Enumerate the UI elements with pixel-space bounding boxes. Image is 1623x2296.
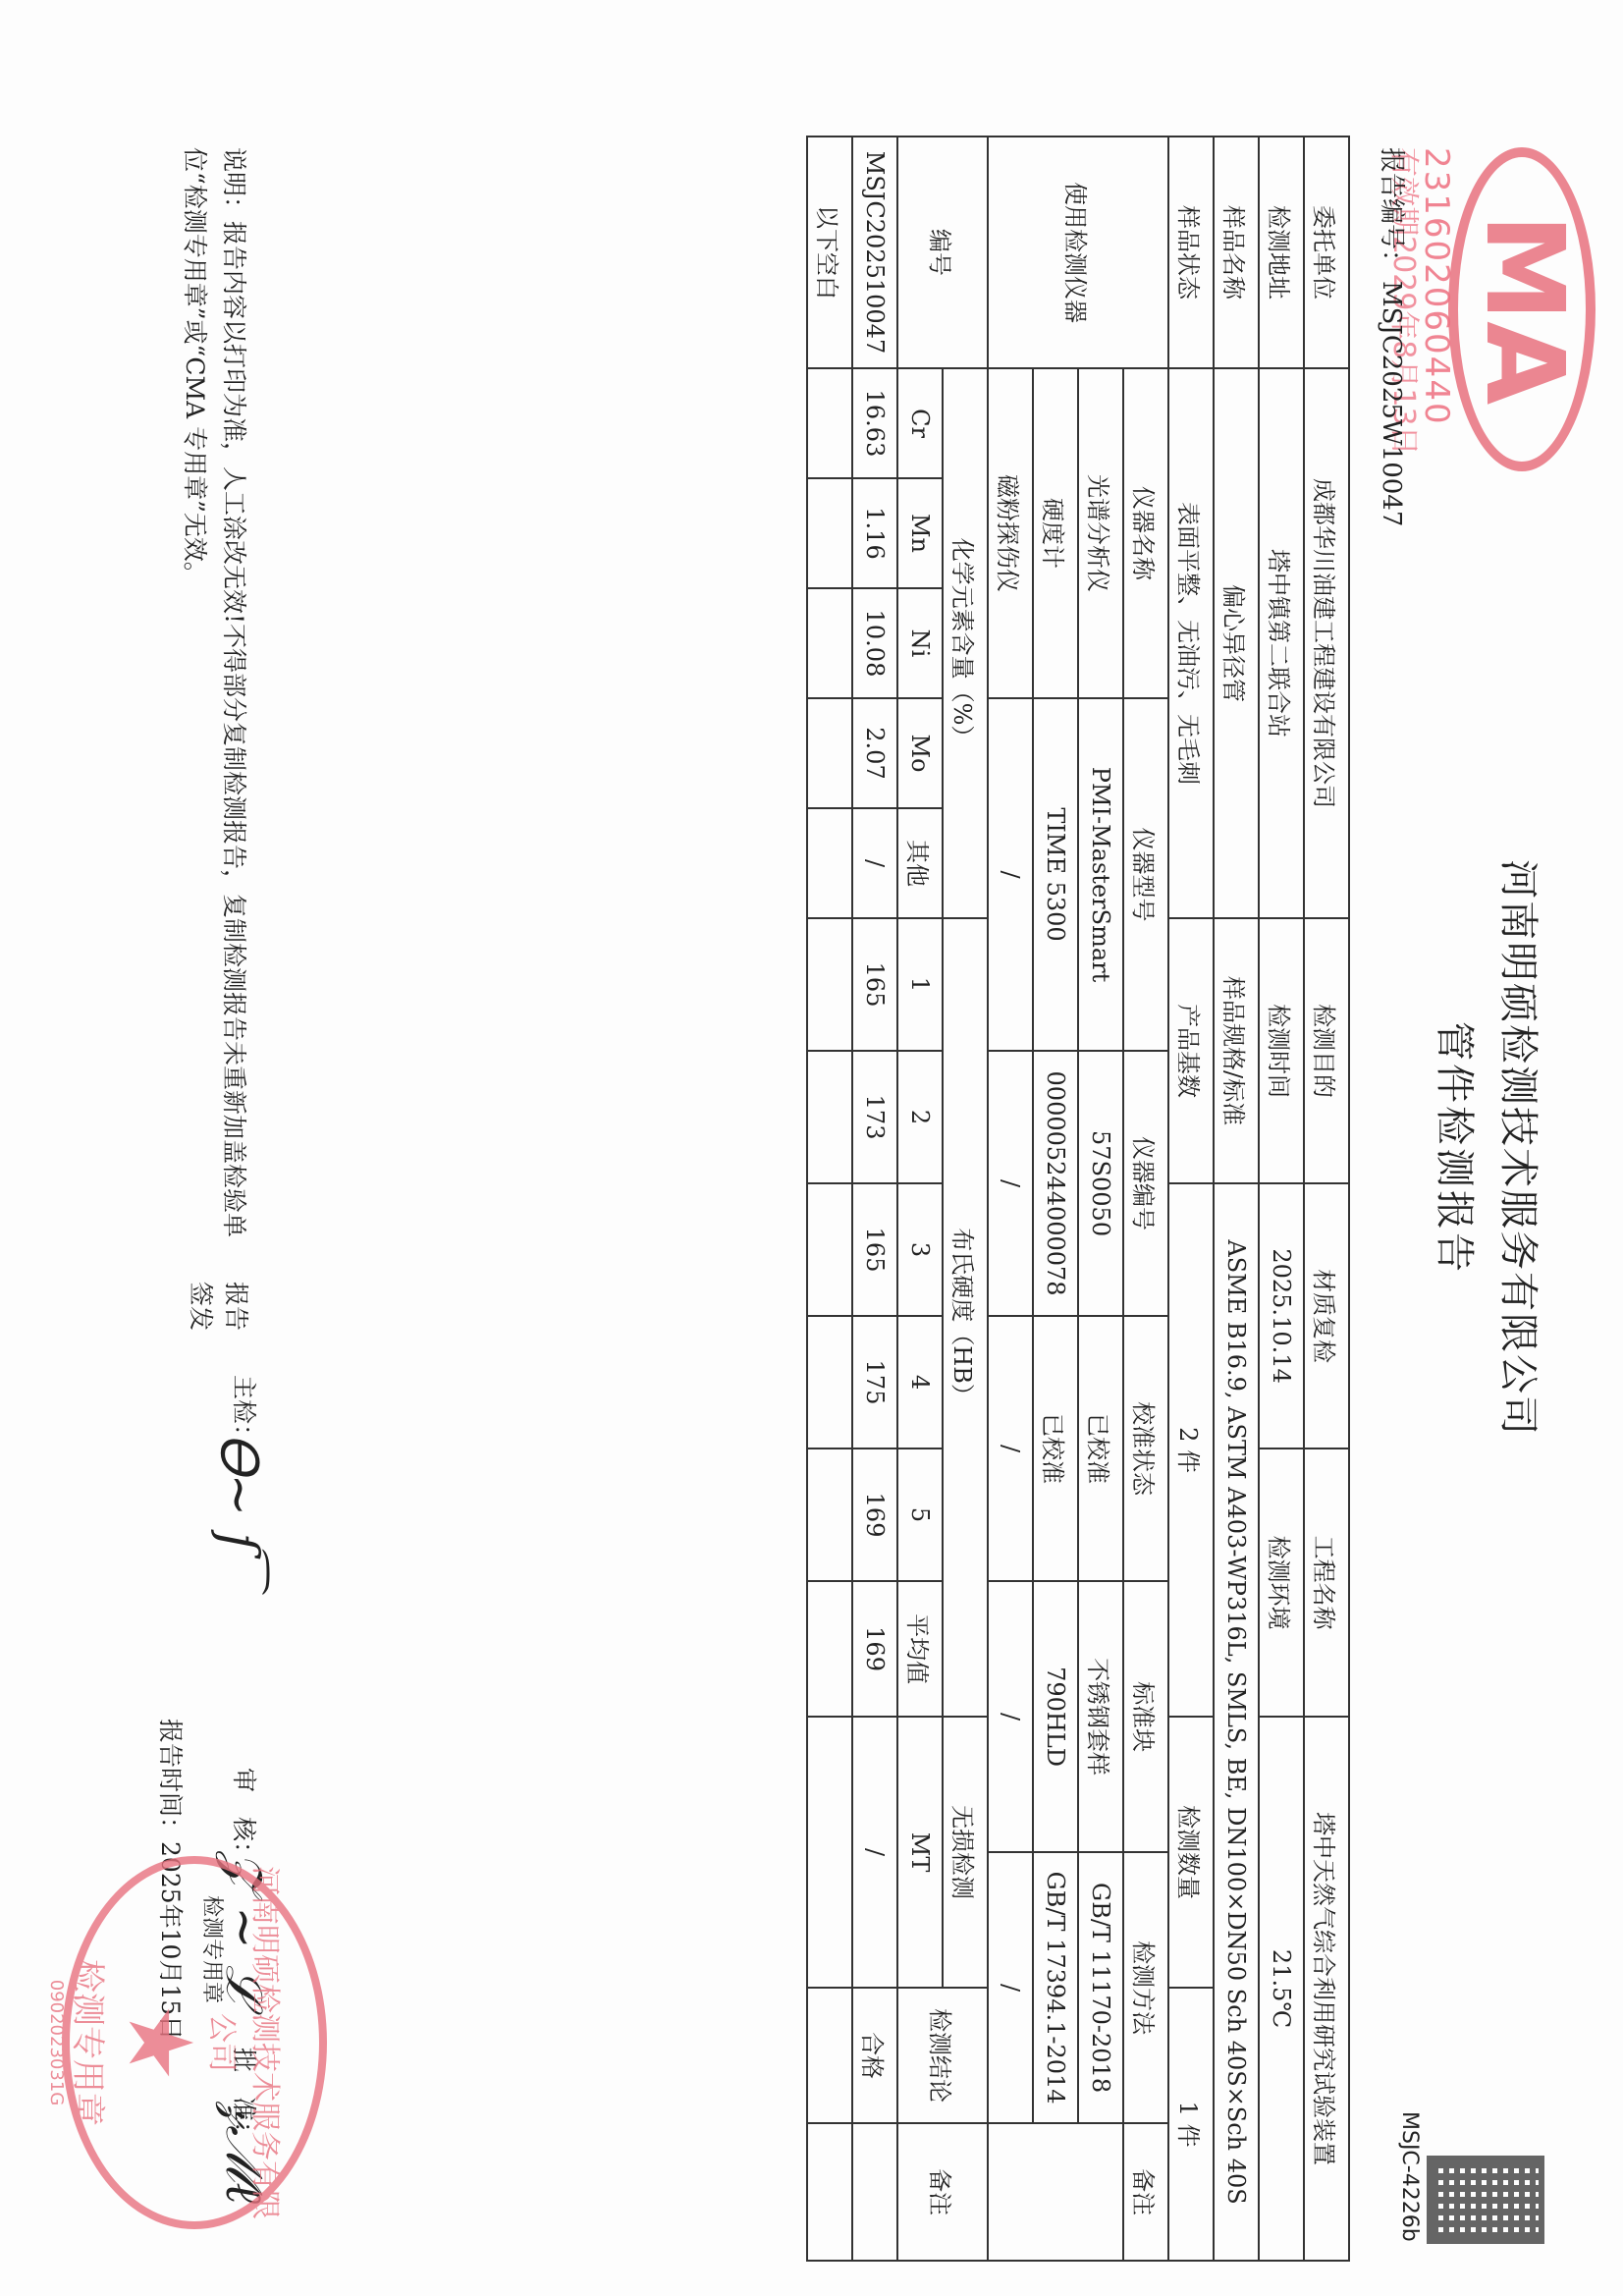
table-row: 检测地址 塔中镇第二联合站 检测时间 2025.10.14 检测环境 21.5℃ [1259,137,1304,2261]
instr-header: 仪器名称 [1123,368,1168,698]
chem-value: 1.16 [852,478,897,588]
chem-value: 2.07 [852,698,897,808]
empty-cell [807,368,852,478]
table-row: 使用检测仪器 仪器名称 仪器型号 仪器编号 校准状态 标准块 检测方法 备注 [1123,137,1168,2261]
instr-cell: 已校准 [1033,1316,1078,1581]
spec-label: 样品规格/标准 [1214,918,1259,1183]
state-value: 表面平整、无油污、无毛刺 [1168,368,1214,918]
site-label: 检测地址 [1259,137,1304,368]
blank-row: 以下空白 [807,137,852,2261]
instrument-row: 硬度计 TIME 5300 000005244000078 已校准 790HLD… [1033,137,1078,2261]
instr-cell: GB/T 11170-2018 [1078,1852,1123,2123]
empty-cell [807,588,852,698]
form-code: MSJC-4226b [1397,2111,1422,2242]
project-label: 工程名称 [1304,1449,1349,1717]
client-label: 委托单位 [1304,137,1349,368]
project-value: 塔中天然气综合利用研究试验装置 [1304,1717,1349,2261]
report-number-label: 报告编号： [1377,147,1406,275]
seal-code: 0902023031G [46,1864,67,2221]
empty-cell [807,1449,852,1581]
result-row: MSJC202510047 16.63 1.16 10.08 2.07 / 16… [852,137,897,2261]
table-row: 委托单位 成都华川油建工程建设有限公司 检测目的 材质复检 工程名称 塔中天然气… [1304,137,1349,2261]
signoff-label: 报告签发 [183,1282,253,1340]
instr-cell: 000005244000078 [1033,1051,1078,1316]
company-seal: 河南明硕检测技术服务有限公司 ★ 检测专用章 0902023031G [62,1856,327,2229]
id-header: 编号 [897,137,988,368]
instr-header: 备注 [1123,2123,1168,2261]
hb-sub: 5 [897,1449,943,1581]
hb-sub: 4 [897,1316,943,1449]
chem-sub: Ni [897,588,943,698]
instr-cell: / [988,1852,1033,2123]
chem-sub: Cr [897,368,943,478]
conclusion-value: 合格 [852,1988,897,2123]
chem-value: 10.08 [852,588,897,698]
instr-header: 校准状态 [1123,1316,1168,1581]
instr-cell: PMI-MasterSmart [1078,698,1123,1051]
page-title: 管件检测报告 [1430,0,1486,2296]
hb-header: 布氏硬度（HB） [943,918,988,1717]
empty-cell [807,1717,852,1988]
instr-cell: 57S0050 [1078,1051,1123,1316]
results-header-row: 编号 化学元素含量（%） 布氏硬度（HB） 无损检测 检测结论 备注 [943,137,988,2261]
empty-cell [807,1183,852,1316]
qr-code-icon [1427,2156,1544,2244]
instr-cell: / [988,1316,1033,1581]
hb-value: 169 [852,1449,897,1581]
instr-cell: / [988,698,1033,1051]
hb-sub: 2 [897,1051,943,1183]
instr-cell: 光谱分析仪 [1078,368,1123,698]
hb-value: 173 [852,1051,897,1183]
qty-value: 1 件 [1168,1988,1214,2261]
hb-sub: 3 [897,1183,943,1316]
sample-value: 偏心异径管 [1214,368,1259,918]
table-row: 样品名称 偏心异径管 样品规格/标准 ASME B16.9, ASTM A403… [1214,137,1259,2261]
report-time-label: 报告时间： [156,1719,185,1841]
chem-sub: Mo [897,698,943,808]
sample-label: 样品名称 [1214,137,1259,368]
instr-cell: / [988,1051,1033,1316]
remark-header: 备注 [897,2123,988,2261]
notes: 说明：报告内容以打印为准，人工涂改无效!不得部分复制检测报告，复制检测报告未重新… [175,147,253,1277]
conclusion-header: 检测结论 [897,1988,988,2123]
chem-sub: 其他 [897,808,943,918]
qty-label: 检测数量 [1168,1717,1214,1988]
instr-header: 标准块 [1123,1581,1168,1852]
client-value: 成都华川油建工程建设有限公司 [1304,368,1349,918]
ndt-value: / [852,1717,897,1988]
purpose-label: 检测目的 [1304,918,1349,1183]
empty-cell [807,478,852,588]
blank-note: 以下空白 [807,137,852,368]
empty-cell [807,918,852,1051]
instr-header: 仪器型号 [1123,698,1168,1051]
hb-sub: 1 [897,918,943,1051]
hb-sub: 平均值 [897,1581,943,1717]
env-label: 检测环境 [1259,1449,1304,1717]
inspector-signature: Ꮎ~ ſ ͡ [208,1434,268,1567]
instr-cell: 硬度计 [1033,368,1078,698]
empty-cell [807,1988,852,2123]
instr-cell: / [988,1581,1033,1852]
date-value: 2025.10.14 [1259,1183,1304,1449]
chem-header: 化学元素含量（%） [943,368,988,918]
instr-remark [988,2123,1123,2261]
instr-cell: TIME 5300 [1033,698,1078,1051]
instrument-row: 光谱分析仪 PMI-MasterSmart 57S0050 已校准 不锈钢套样 … [1078,137,1123,2261]
site-value: 塔中镇第二联合站 [1259,368,1304,918]
empty-cell [807,698,852,808]
star-icon: ★ [115,1864,203,2221]
company-name: 河南明硕检测技术服务有限公司 [1493,0,1549,2296]
report-page: MA 231602060440 有效期2029年8月13日 河南明硕检测技术服务… [0,0,1623,2296]
report-table: 委托单位 成都华川油建工程建设有限公司 检测目的 材质复检 工程名称 塔中天然气… [806,136,1350,2262]
chem-value: 16.63 [852,368,897,478]
results-subheader-row: Cr Mn Ni Mo 其他 1 2 3 4 5 平均值 MT [897,137,943,2261]
report-number-value: MSJC2025W10047 [1377,281,1406,526]
chem-value: / [852,808,897,918]
empty-cell [807,2123,852,2261]
sample-id: MSJC202510047 [852,137,897,368]
spec-value: ASME B16.9, ASTM A403-WP316L, SMLS, BE, … [1214,1183,1259,2261]
instr-cell: 已校准 [1078,1316,1123,1581]
hb-average: 169 [852,1581,897,1717]
empty-cell [807,1316,852,1449]
base-value: 2 件 [1168,1183,1214,1717]
empty-cell [807,1581,852,1717]
seal-company: 河南明硕检测技术服务有限公司 [203,1864,290,2221]
empty-cell [807,1051,852,1183]
instrument-row: 磁粉探伤仪 / / / / / [988,137,1033,2261]
hb-value: 175 [852,1316,897,1449]
base-label: 产品基数 [1168,918,1214,1183]
instr-cell: 不锈钢套样 [1078,1581,1123,1852]
ndt-header: 无损检测 [943,1717,988,1988]
state-label: 样品状态 [1168,137,1214,368]
table-row: 样品状态 表面平整、无油污、无毛刺 产品基数 2 件 检测数量 1 件 [1168,137,1214,2261]
instr-cell: GB/T 17394.1-2014 [1033,1852,1078,2123]
instruments-group-label: 使用检测仪器 [988,137,1168,368]
hb-value: 165 [852,918,897,1051]
remark-value [852,2123,897,2261]
seal-name: 检测专用章 [67,1864,115,2221]
instr-header: 检测方法 [1123,1852,1168,2123]
hb-value: 165 [852,1183,897,1316]
instr-header: 仪器编号 [1123,1051,1168,1316]
instr-cell: 790HLD [1033,1581,1078,1852]
report-number: 报告编号：MSJC2025W10047 [1376,147,1412,526]
date-label: 检测时间 [1259,918,1304,1183]
env-value: 21.5℃ [1259,1717,1304,2261]
ndt-sub: MT [897,1717,943,1988]
purpose-value: 材质复检 [1304,1183,1349,1449]
chem-sub: Mn [897,478,943,588]
empty-cell [807,808,852,918]
instr-cell: 磁粉探伤仪 [988,368,1033,698]
